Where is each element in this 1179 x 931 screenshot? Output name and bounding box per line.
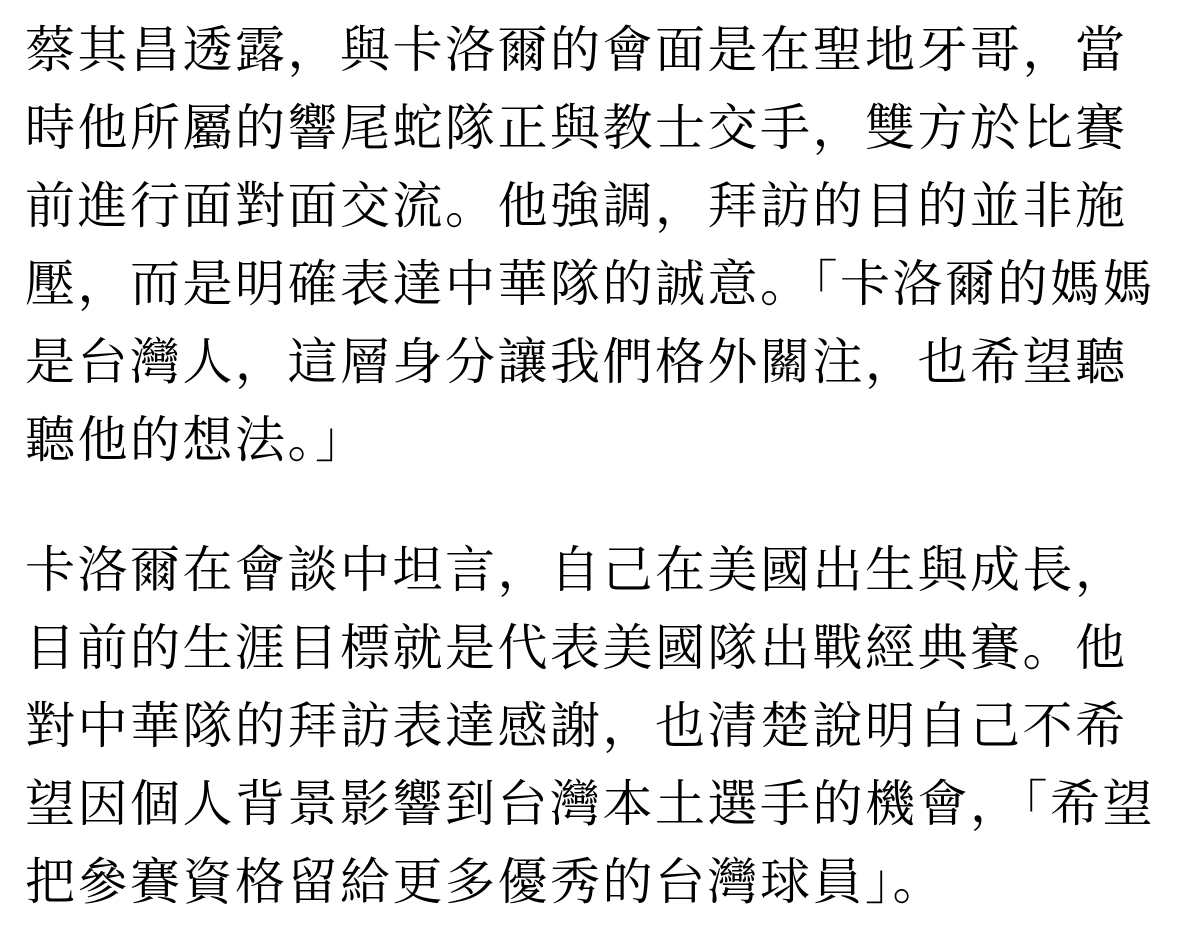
article-paragraph-1: 蔡其昌透露，與卡洛爾的會面是在聖地牙哥，當時他所屬的響尾蛇隊正與教士交手，雙方於… bbox=[25, 11, 1160, 479]
article-text-block: 蔡其昌透露，與卡洛爾的會面是在聖地牙哥，當時他所屬的響尾蛇隊正與教士交手，雙方於… bbox=[25, 11, 1160, 921]
article-paragraph-2: 卡洛爾在會談中坦言，自己在美國出生與成長，目前的生涯目標就是代表美國隊出戰經典賽… bbox=[25, 531, 1160, 921]
article-page: 蔡其昌透露，與卡洛爾的會面是在聖地牙哥，當時他所屬的響尾蛇隊正與教士交手，雙方於… bbox=[0, 0, 1179, 931]
